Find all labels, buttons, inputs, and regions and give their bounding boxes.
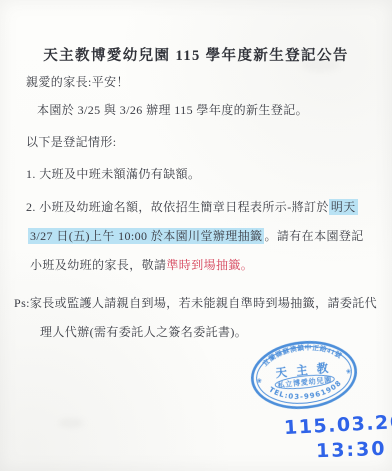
- stamp-svg: 宜蘭縣蘇澳鎮中正路41號 天 主 教 私立博愛幼兒園 TEL:03-996190…: [247, 335, 362, 416]
- handwritten-time: 13:30: [316, 438, 387, 462]
- item2-highlight-tomorrow: 明天: [329, 199, 358, 215]
- greeting-line: 親愛的家長:平安！: [26, 73, 129, 90]
- scan-smudge: [58, 418, 84, 428]
- kindergarten-official-stamp: 宜蘭縣蘇澳鎮中正路41號 天 主 教 私立博愛幼兒園 TEL:03-996190…: [247, 335, 362, 416]
- list-item-2-line1: 2. 小班及幼班逾名額，故依招生簡章日程表所示-將訂於明天: [26, 198, 358, 215]
- item2-highlight-detail: 3/27 日(五)上午 10:00 於本園川堂辦理抽籤: [28, 228, 264, 244]
- stamp-flower-right-icon: ❀: [346, 368, 352, 375]
- list-item-2-line3: 小班及幼班的家長，敬請準時到場抽籤。: [30, 256, 253, 273]
- item2-after-highlight: 。請有在本園登記: [264, 229, 363, 243]
- item2-line3-text: 小班及幼班的家長，敬請: [30, 258, 166, 272]
- intro-line: 本園於 3/25 與 3/26 辦理 115 學年度的新生登記。: [37, 101, 308, 118]
- stamp-flower-left-icon: ❀: [257, 378, 263, 385]
- item2-line3-red-emphasis: 準時到場抽籤。: [166, 258, 253, 272]
- list-item-2-line2: 3/27 日(五)上午 10:00 於本園川堂辦理抽籤。請有在本園登記: [28, 227, 364, 244]
- ps-line-1: Ps:家長或監護人請親自到場，若未能親自準時到場抽籤，請委託代: [14, 294, 377, 311]
- ps-line-2: 理人代辦(需有委託人之簽名委託書)。: [40, 323, 247, 340]
- notice-title: 天主教博愛幼兒園 115 學年度新生登記公告: [0, 44, 392, 65]
- section-heading: 以下是登記情形:: [26, 133, 117, 150]
- list-item-1: 1. 大班及中班未額滿仍有缺額。: [26, 165, 200, 182]
- item2-text: 2. 小班及幼班逾名額，故依招生簡章日程表所示-將訂於: [26, 200, 329, 214]
